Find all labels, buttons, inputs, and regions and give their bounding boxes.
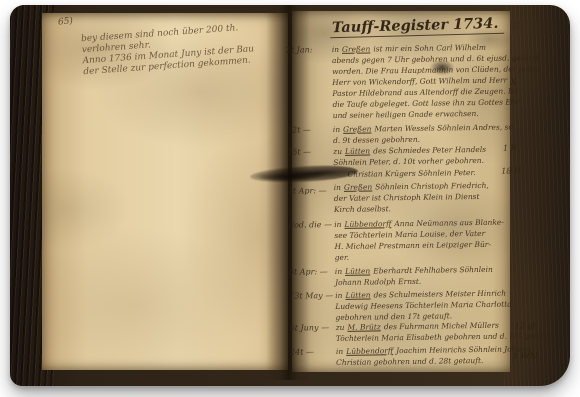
entry-place: Lütten — [345, 146, 370, 155]
entry-first-line: Joachim Heinrichs Söhnlein Johann — [396, 344, 531, 355]
entry-first-line: ist mir ein Sohn Carl Wilhelm — [373, 43, 486, 54]
entry-text: inGreßenist mir ein Sohn Carl Wilhelm ab… — [332, 41, 521, 121]
entry-date: 12t — — [287, 125, 311, 134]
entry-margin-mark: 12 gl. — [515, 321, 538, 330]
entry-text: zuLüttendes Schmiedes Peter Handels Söhn… — [333, 143, 521, 168]
entry-prefix: in — [334, 220, 341, 229]
entry-place: Greßen — [344, 182, 372, 191]
register-entry: 1t Apr: — inGreßenSöhnlein Christoph Fri… — [288, 179, 522, 215]
entry-prefix: in — [336, 347, 343, 356]
entry-first-line: Eberhardt Fehlhabers Söhnlein — [373, 265, 493, 276]
ink-blot — [430, 60, 454, 75]
entry-margin-mark: 18 H. — [501, 166, 523, 175]
entry-text: inGreßenSöhnlein Christoph Friedrich, de… — [334, 179, 522, 215]
register-entries: 2t Jan: inGreßenist mir ein Sohn Carl Wi… — [286, 41, 525, 374]
photo-of-open-register-book: 65) bey diesem sind noch über 200 th. ve… — [0, 0, 580, 397]
entry-first-line: Marten Wessels Söhnlein Andres, so — [374, 122, 513, 133]
entry-date: 15t — — [287, 147, 311, 156]
entry-text: inLübbendorffAnna Neümanns aus Blanke- s… — [334, 216, 523, 263]
register-entry: 12t — inGreßenMarten Wessels Söhnlein An… — [287, 121, 521, 146]
entry-place: Greßen — [343, 124, 371, 133]
entry-text: Christian Krügers Söhnlein Peter. — [347, 166, 521, 179]
entry-line: Kirch daselbst. — [334, 201, 522, 215]
entry-line: Johann Rudolph Ernst. — [335, 274, 523, 288]
entry-text: zuM. Brützdes Fuhrmann Michel Müllers Tö… — [336, 319, 524, 344]
entry-prefix: in — [333, 125, 340, 134]
entry-first-line: Christian Krügers Söhnlein Peter. — [347, 168, 475, 179]
entry-first-line: des Fuhrmann Michel Müllers — [384, 321, 499, 332]
entry-place: Lütten — [345, 290, 370, 299]
entry-date: 6t Apr: — — [289, 267, 328, 277]
entry-first-line: Anna Neümanns aus Blanke- — [394, 218, 504, 229]
entry-date: 13t May — — [289, 291, 333, 301]
entry-first-line: des Schmiedes Peter Handels — [373, 145, 486, 156]
register-entry: 6t Apr: — inLüttenEberhardt Fehlhabers S… — [289, 263, 523, 288]
entry-text: inLüttendes Schulmeisters Meister Hinric… — [335, 287, 523, 323]
left-page-number: 65) — [58, 16, 74, 28]
entry-place: Lübbendorff — [346, 346, 393, 356]
entry-line: Töchterlein Maria Elisabeth gebohren und… — [336, 330, 524, 344]
entry-prefix: in — [332, 45, 339, 54]
entry-margin-mark: X — [510, 77, 516, 86]
entry-line: und seiner heiligen Gnade erwachsen. — [333, 107, 521, 121]
book: 65) bey diesem sind noch über 200 th. ve… — [10, 5, 570, 386]
register-entry: 6t Juny — zuM. Brützdes Fuhrmann Michel … — [290, 319, 524, 344]
entry-text: inLübbendorffJoachim Heinrichs Söhnlein … — [336, 343, 524, 368]
entry-date: 1t Apr: — — [288, 186, 327, 196]
register-entry: 2t Jan: inGreßenist mir ein Sohn Carl Wi… — [286, 41, 521, 121]
register-entry: 24t — inLübbendorffJoachim Heinrichs Söh… — [290, 343, 524, 368]
entry-text: inGreßenMarten Wessels Söhnlein Andres, … — [333, 121, 521, 146]
entry-prefix: in — [335, 267, 342, 276]
entry-prefix: zu — [333, 147, 342, 156]
entry-date: 2t Jan: — [286, 45, 313, 54]
register-entry: 13t May — inLüttendes Schulmeisters Meis… — [289, 287, 523, 323]
entry-date: Eod. die — — [288, 220, 332, 230]
entry-date: 24t — — [290, 347, 314, 356]
entry-prefix: in — [335, 291, 342, 300]
entry-prefix: in — [334, 183, 341, 192]
entry-place: Lübbendorff — [344, 219, 391, 229]
entry-date: 6t Juny — — [290, 323, 330, 333]
entry-margin-mark: 1 Rthl. — [513, 351, 540, 360]
faded-stain — [468, 27, 512, 51]
entry-place: M. Brütz — [347, 322, 380, 331]
entry-margin-mark: 1 R. — [503, 143, 519, 152]
entry-first-line: des Schulmeisters Meister Hinrich — [373, 289, 506, 300]
entry-line: Christian gebohren und d. 28t getauft. — [336, 354, 524, 368]
entry-place: Greßen — [342, 44, 370, 53]
register-entry: Eod. die — inLübbendorffAnna Neümanns au… — [288, 216, 523, 263]
entry-text: inLüttenEberhardt Fehlhabers Söhnlein Jo… — [335, 263, 523, 288]
entry-first-line: Söhnlein Christoph Friedrich, — [375, 181, 489, 192]
entry-prefix: zu — [336, 323, 345, 332]
right-page-number: 65 — [512, 22, 523, 32]
entry-place: Lütten — [345, 266, 370, 275]
